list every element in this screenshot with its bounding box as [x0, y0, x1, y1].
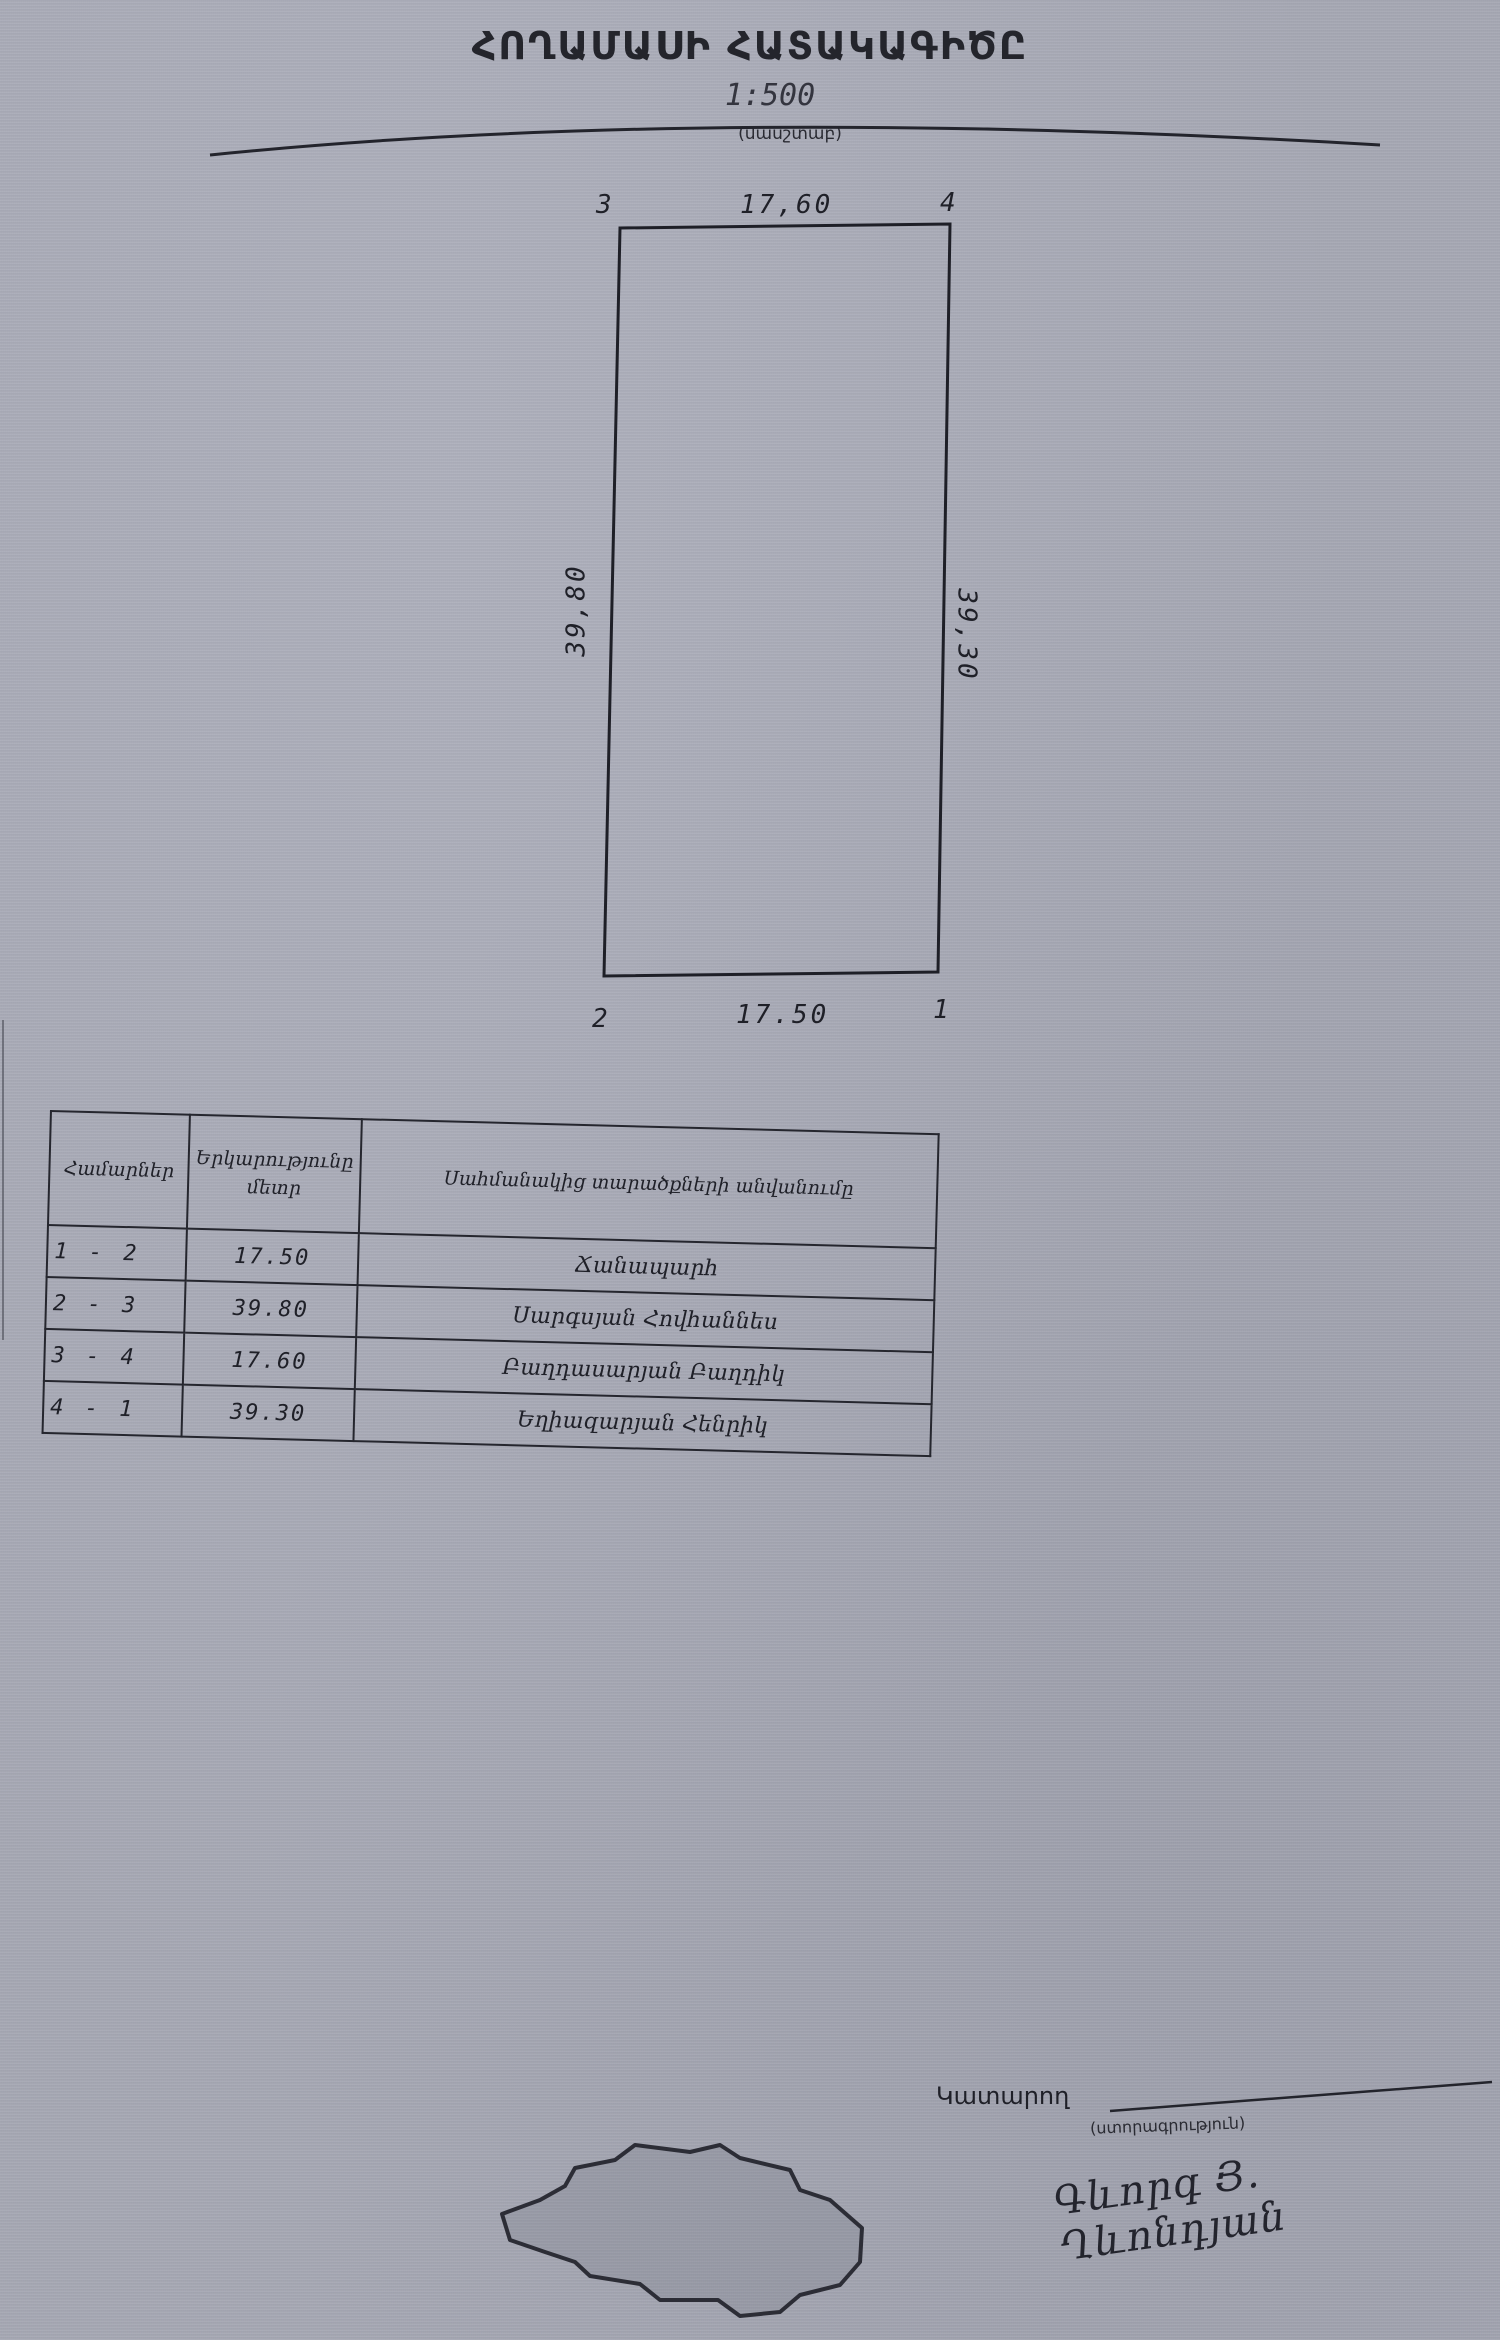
corner-label-3: 3: [596, 190, 612, 220]
cell-length: 17.60: [183, 1333, 356, 1389]
corner-label-1: 1: [933, 995, 949, 1025]
scale-line: [210, 127, 1380, 155]
cell-length: 39.80: [184, 1281, 357, 1337]
dimension-top: 17,60: [740, 190, 833, 220]
signature-line: [1110, 2082, 1492, 2111]
corner-label-2: 2: [592, 1004, 608, 1034]
dimension-left: 39,80: [562, 563, 592, 656]
performer-label: Կատարող: [936, 2082, 1069, 2110]
header-neighbor: Սահմանակից տարածքների անվանումը: [359, 1119, 939, 1248]
stamp-cartouche-icon: [502, 2145, 862, 2316]
cell-length: 17.50: [186, 1229, 359, 1285]
plot-boundary: [604, 224, 950, 976]
header-length: Երկարությունը մետր: [187, 1115, 362, 1233]
cell-points: 2 - 3: [45, 1277, 185, 1333]
header-points: Համարներ: [48, 1111, 190, 1229]
dimension-bottom: 17.50: [736, 1000, 829, 1030]
boundary-table: Համարներ Երկարությունը մետր Սահմանակից տ…: [42, 1110, 940, 1457]
cell-points: 1 - 2: [47, 1225, 187, 1281]
dimension-right: 39,30: [952, 588, 982, 681]
corner-label-4: 4: [940, 188, 956, 218]
cell-points: 3 - 4: [44, 1329, 184, 1385]
cell-length: 39.30: [181, 1385, 354, 1441]
cell-points: 4 - 1: [43, 1381, 183, 1437]
boundary-table-container: Համարներ Երկարությունը մետր Սահմանակից տ…: [42, 1110, 940, 1457]
scan-edge-line: [2, 1020, 4, 1340]
